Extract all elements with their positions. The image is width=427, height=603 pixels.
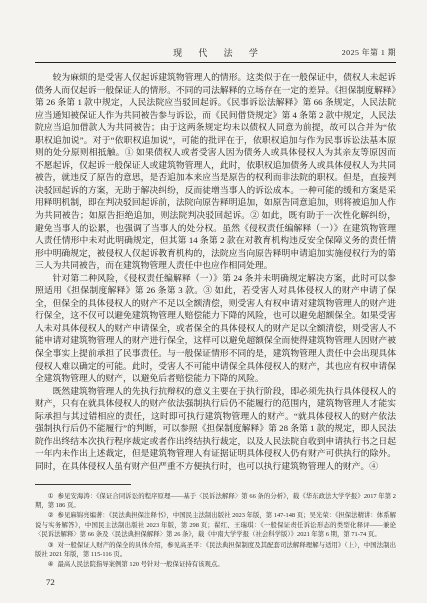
footnote-marker: ③ [48, 542, 54, 549]
footnote-text: 参见麻锦亮编著：《民法典担保注释书》，中国民主法制出版社 2023 年版，第 1… [35, 512, 396, 538]
footnote-text: 最高人民法院指导案例第 120 号针对一般保证持有该观点。 [58, 561, 224, 568]
footnotes-section: ①参见安海涛：《保证合同诉讼的程序原理——基于〈民诉法解释〉第 66 条的分析》… [35, 492, 396, 570]
page-header: 现 代 法 学 2025 年第 1 期 [35, 46, 396, 58]
header-rule [35, 62, 396, 63]
body-paragraph: 较为麻烦的是受害人仅起诉建筑物管理人的情形。这类似于在一般保证中，债权人未起诉债… [35, 71, 396, 272]
footnote-text: 对一般保证人财产的保全的具体介绍，参见高圣平：《民法典担保制度及其配套司法解释理… [35, 542, 396, 558]
body-paragraph: 既然建筑物管理人的先执行抗辩权的意义主要在于执行阶段，即必须先执行具体侵权人的财… [35, 385, 396, 473]
page-number: 72 [46, 577, 396, 587]
issue-label: 2025 年第 1 期 [342, 47, 396, 58]
footnote-marker: ② [48, 512, 54, 519]
footnote-marker: ① [48, 493, 54, 500]
footnote-item: ①参见安海涛：《保证合同诉讼的程序原理——基于〈民诉法解释〉第 66 条的分析》… [35, 492, 396, 511]
footnote-item: ④最高人民法院指导案例第 120 号针对一般保证持有该观点。 [35, 560, 396, 569]
article-body: 较为麻烦的是受害人仅起诉建筑物管理人的情形。这类似于在一般保证中，债权人未起诉债… [35, 71, 396, 473]
journal-page: 现 代 法 学 2025 年第 1 期 较为麻烦的是受害人仅起诉建筑物管理人的情… [0, 0, 427, 603]
footnote-item: ②参见麻锦亮编著：《民法典担保注释书》，中国民主法制出版社 2023 年版，第 … [35, 511, 396, 539]
footnote-item: ③对一般保证人财产的保全的具体介绍，参见高圣平：《民法典担保制度及其配套司法解释… [35, 541, 396, 560]
footnote-marker: ④ [48, 561, 54, 568]
footnote-separator [35, 484, 131, 485]
footnote-text: 参见安海涛：《保证合同诉讼的程序原理——基于〈民诉法解释〉第 66 条的分析》，… [35, 493, 396, 509]
body-paragraph: 针对第二种风险，《侵权责任编解释（一）》第 24 条并未明确规定解决方案，此时可… [35, 272, 396, 385]
